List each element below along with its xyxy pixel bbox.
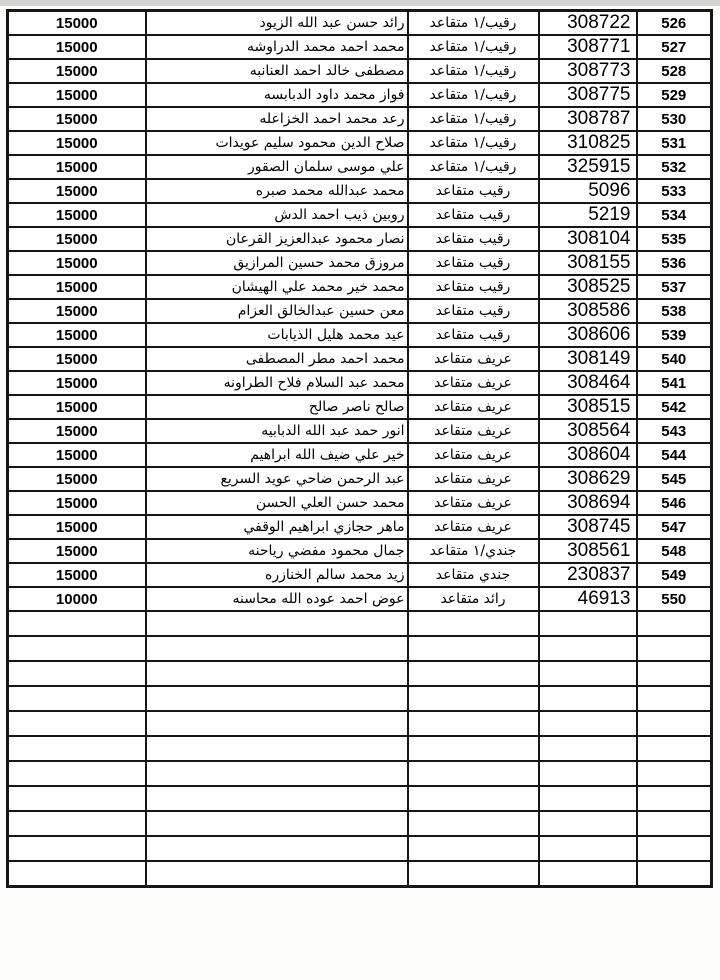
cell-rank: رقيب/١ متقاعد	[408, 11, 539, 36]
cell-rank: رقيب متقاعد	[408, 323, 539, 347]
cell-name: محمد احمد مطر المصطفى	[146, 347, 408, 371]
cell-amount-empty	[8, 661, 146, 686]
cell-row-number-empty	[637, 661, 712, 686]
cell-military-number: 308155	[539, 251, 637, 275]
cell-row-number: 530	[637, 107, 712, 131]
cell-row-number: 540	[637, 347, 712, 371]
cell-rank: عريف متقاعد	[408, 443, 539, 467]
cell-name: نصار محمود عبدالعزيز القرعان	[146, 227, 408, 251]
cell-rank: رقيب متقاعد	[408, 227, 539, 251]
cell-name: انور حمد عبد الله الدبابيه	[146, 419, 408, 443]
cell-row-number-empty	[637, 736, 712, 761]
cell-name-empty	[146, 611, 408, 636]
table-row: 538308586رقيب متقاعدمعن حسين عبدالخالق ا…	[8, 299, 712, 323]
cell-name: خير علي ضيف الله ابراهيم	[146, 443, 408, 467]
cell-military-number: 308771	[539, 35, 637, 59]
cell-military-number: 308604	[539, 443, 637, 467]
cell-military-number-empty	[539, 861, 637, 887]
cell-military-number: 308606	[539, 323, 637, 347]
table-row: 528308773رقيب/١ متقاعدمصطفى خالد احمد ال…	[8, 59, 712, 83]
cell-amount-empty	[8, 786, 146, 811]
cell-amount: 15000	[8, 347, 146, 371]
cell-amount: 15000	[8, 491, 146, 515]
cell-name: عبد الرحمن ضاحي عويد السريع	[146, 467, 408, 491]
table-row: 531310825رقيب/١ متقاعدصلاح الدين محمود س…	[8, 131, 712, 155]
cell-name: محمد احمد محمد الدراوشه	[146, 35, 408, 59]
cell-name: علي موسى سلمان الصقور	[146, 155, 408, 179]
cell-amount-empty	[8, 636, 146, 661]
cell-row-number: 535	[637, 227, 712, 251]
cell-rank-empty	[408, 761, 539, 786]
cell-military-number: 310825	[539, 131, 637, 155]
cell-row-number: 544	[637, 443, 712, 467]
cell-row-number: 550	[637, 587, 712, 611]
table-row: 545308629عريف متقاعدعبد الرحمن ضاحي عويد…	[8, 467, 712, 491]
cell-military-number: 5219	[539, 203, 637, 227]
cell-row-number: 546	[637, 491, 712, 515]
table-row: 5335096رقيب متقاعدمحمد عبدالله محمد صبره…	[8, 179, 712, 203]
cell-amount: 15000	[8, 131, 146, 155]
cell-name-empty	[146, 861, 408, 887]
table-row: 549230837جندي متقاعدزيد محمد سالم الخناز…	[8, 563, 712, 587]
cell-row-number-empty	[637, 861, 712, 887]
cell-row-number-empty	[637, 761, 712, 786]
cell-military-number: 308629	[539, 467, 637, 491]
empty-table-row	[8, 611, 712, 636]
cell-name-empty	[146, 761, 408, 786]
cell-amount: 15000	[8, 299, 146, 323]
cell-amount: 15000	[8, 35, 146, 59]
empty-table-row	[8, 711, 712, 736]
empty-table-row	[8, 661, 712, 686]
cell-rank: رقيب/١ متقاعد	[408, 59, 539, 83]
cell-rank-empty	[408, 711, 539, 736]
cell-name-empty	[146, 811, 408, 836]
cell-military-number: 308586	[539, 299, 637, 323]
table-row: 539308606رقيب متقاعدعيد محمد هليل الذياب…	[8, 323, 712, 347]
table-row: 544308604عريف متقاعدخير علي ضيف الله ابر…	[8, 443, 712, 467]
cell-row-number-empty	[637, 686, 712, 711]
cell-name: محمد عبد السلام فلاح الطراونه	[146, 371, 408, 395]
cell-row-number: 532	[637, 155, 712, 179]
cell-military-number: 308775	[539, 83, 637, 107]
table-row: 536308155رقيب متقاعدمروزق محمد حسين المر…	[8, 251, 712, 275]
cell-row-number-empty	[637, 836, 712, 861]
cell-rank: عريف متقاعد	[408, 467, 539, 491]
cell-amount: 15000	[8, 515, 146, 539]
empty-table-row	[8, 736, 712, 761]
cell-military-number-empty	[539, 636, 637, 661]
cell-rank: عريف متقاعد	[408, 515, 539, 539]
cell-name: زيد محمد سالم الخنازره	[146, 563, 408, 587]
cell-name-empty	[146, 736, 408, 761]
empty-table-row	[8, 636, 712, 661]
cell-military-number: 5096	[539, 179, 637, 203]
cell-name: رائد حسن عبد الله الزيود	[146, 11, 408, 36]
cell-rank: عريف متقاعد	[408, 347, 539, 371]
cell-military-number: 308694	[539, 491, 637, 515]
cell-rank-empty	[408, 836, 539, 861]
cell-name-empty	[146, 636, 408, 661]
cell-row-number: 538	[637, 299, 712, 323]
cell-military-number-empty	[539, 611, 637, 636]
cell-row-number-empty	[637, 811, 712, 836]
cell-name: مصطفى خالد احمد العنانبه	[146, 59, 408, 83]
table-row: 543308564عريف متقاعدانور حمد عبد الله ال…	[8, 419, 712, 443]
cell-military-number: 308773	[539, 59, 637, 83]
cell-amount: 15000	[8, 59, 146, 83]
cell-amount: 15000	[8, 251, 146, 275]
cell-rank: رقيب/١ متقاعد	[408, 83, 539, 107]
cell-rank: رقيب متقاعد	[408, 299, 539, 323]
cell-military-number-empty	[539, 761, 637, 786]
cell-military-number: 308787	[539, 107, 637, 131]
cell-rank-empty	[408, 811, 539, 836]
cell-rank: رقيب/١ متقاعد	[408, 131, 539, 155]
cell-amount: 15000	[8, 11, 146, 36]
empty-table-row	[8, 686, 712, 711]
cell-rank: عريف متقاعد	[408, 371, 539, 395]
cell-rank-empty	[408, 686, 539, 711]
cell-military-number-empty	[539, 736, 637, 761]
cell-amount: 10000	[8, 587, 146, 611]
table-row: 530308787رقيب/١ متقاعدرعد محمد احمد الخز…	[8, 107, 712, 131]
cell-military-number-empty	[539, 786, 637, 811]
cell-rank-empty	[408, 611, 539, 636]
cell-name: عوض احمد عوده الله محاسنه	[146, 587, 408, 611]
table-row: 535308104رقيب متقاعدنصار محمود عبدالعزيز…	[8, 227, 712, 251]
cell-amount-empty	[8, 836, 146, 861]
cell-name: محمد عبدالله محمد صبره	[146, 179, 408, 203]
cell-row-number: 548	[637, 539, 712, 563]
cell-row-number: 536	[637, 251, 712, 275]
cell-amount: 15000	[8, 419, 146, 443]
cell-rank: جندي/١ متقاعد	[408, 539, 539, 563]
cell-military-number: 308561	[539, 539, 637, 563]
cell-amount: 15000	[8, 83, 146, 107]
cell-name: صالح ناصر صالح	[146, 395, 408, 419]
cell-rank: رقيب متقاعد	[408, 179, 539, 203]
cell-name: محمد خير محمد علي الهيشان	[146, 275, 408, 299]
cell-military-number-empty	[539, 686, 637, 711]
cell-amount: 15000	[8, 323, 146, 347]
cell-row-number: 542	[637, 395, 712, 419]
cell-rank: رقيب متقاعد	[408, 275, 539, 299]
cell-rank-empty	[408, 636, 539, 661]
cell-name: عيد محمد هليل الذيابات	[146, 323, 408, 347]
cell-amount: 15000	[8, 443, 146, 467]
empty-table-row	[8, 836, 712, 861]
cell-amount-empty	[8, 736, 146, 761]
table-row: 5345219رقيب متقاعدروبين ذيب احمد الدش150…	[8, 203, 712, 227]
scan-edge-strip	[0, 0, 720, 6]
cell-military-number: 308525	[539, 275, 637, 299]
cell-name: ماهر حجازي ابراهيم الوقفي	[146, 515, 408, 539]
table-row: 546308694عريف متقاعدمحمد حسن العلي الحسن…	[8, 491, 712, 515]
cell-rank: رقيب/١ متقاعد	[408, 155, 539, 179]
cell-name-empty	[146, 686, 408, 711]
cell-amount: 15000	[8, 467, 146, 491]
cell-row-number: 541	[637, 371, 712, 395]
table-row: 532325915رقيب/١ متقاعدعلي موسى سلمان الص…	[8, 155, 712, 179]
table-row: 548308561جندي/١ متقاعدجمال محمود مفضي ري…	[8, 539, 712, 563]
cell-rank: جندي متقاعد	[408, 563, 539, 587]
cell-amount: 15000	[8, 395, 146, 419]
table-row: 55046913رائد متقاعدعوض احمد عوده الله مح…	[8, 587, 712, 611]
cell-amount: 15000	[8, 539, 146, 563]
cell-name: صلاح الدين محمود سليم عويدات	[146, 131, 408, 155]
cell-rank: رقيب/١ متقاعد	[408, 107, 539, 131]
cell-rank-empty	[408, 861, 539, 887]
cell-rank: عريف متقاعد	[408, 419, 539, 443]
cell-amount: 15000	[8, 371, 146, 395]
table-row: 526308722رقيب/١ متقاعدرائد حسن عبد الله …	[8, 11, 712, 36]
cell-amount-empty	[8, 686, 146, 711]
cell-rank: رقيب متقاعد	[408, 251, 539, 275]
cell-name: فواز محمد داود الدبابسه	[146, 83, 408, 107]
table-row: 540308149عريف متقاعدمحمد احمد مطر المصطف…	[8, 347, 712, 371]
empty-table-row	[8, 761, 712, 786]
cell-row-number: 534	[637, 203, 712, 227]
cell-row-number: 547	[637, 515, 712, 539]
table-body: 526308722رقيب/١ متقاعدرائد حسن عبد الله …	[8, 11, 712, 887]
cell-rank: رقيب متقاعد	[408, 203, 539, 227]
cell-row-number: 526	[637, 11, 712, 36]
cell-name: مروزق محمد حسين المرازيق	[146, 251, 408, 275]
table-row: 527308771رقيب/١ متقاعدمحمد احمد محمد الد…	[8, 35, 712, 59]
cell-row-number-empty	[637, 611, 712, 636]
cell-rank: رقيب/١ متقاعد	[408, 35, 539, 59]
cell-name: جمال محمود مفضي رياحنه	[146, 539, 408, 563]
cell-name-empty	[146, 661, 408, 686]
cell-name: رعد محمد احمد الخزاعله	[146, 107, 408, 131]
table-row: 547308745عريف متقاعدماهر حجازي ابراهيم ا…	[8, 515, 712, 539]
cell-military-number: 230837	[539, 563, 637, 587]
cell-amount: 15000	[8, 203, 146, 227]
cell-military-number-empty	[539, 711, 637, 736]
cell-row-number: 533	[637, 179, 712, 203]
cell-rank: عريف متقاعد	[408, 395, 539, 419]
table-row: 541308464عريف متقاعدمحمد عبد السلام فلاح…	[8, 371, 712, 395]
cell-military-number: 308745	[539, 515, 637, 539]
table-row: 537308525رقيب متقاعدمحمد خير محمد علي ال…	[8, 275, 712, 299]
cell-name: محمد حسن العلي الحسن	[146, 491, 408, 515]
pension-roster-table: 526308722رقيب/١ متقاعدرائد حسن عبد الله …	[6, 9, 713, 888]
cell-row-number: 539	[637, 323, 712, 347]
cell-amount-empty	[8, 611, 146, 636]
cell-military-number: 308564	[539, 419, 637, 443]
cell-amount: 15000	[8, 179, 146, 203]
cell-amount: 15000	[8, 227, 146, 251]
cell-amount-empty	[8, 811, 146, 836]
cell-row-number: 529	[637, 83, 712, 107]
cell-name: معن حسين عبدالخالق العزام	[146, 299, 408, 323]
cell-military-number: 308722	[539, 11, 637, 36]
cell-military-number: 308464	[539, 371, 637, 395]
cell-row-number: 543	[637, 419, 712, 443]
cell-row-number-empty	[637, 711, 712, 736]
empty-table-row	[8, 861, 712, 887]
cell-military-number-empty	[539, 811, 637, 836]
cell-row-number: 531	[637, 131, 712, 155]
cell-military-number-empty	[539, 661, 637, 686]
cell-rank: عريف متقاعد	[408, 491, 539, 515]
table-row: 529308775رقيب/١ متقاعدفواز محمد داود الد…	[8, 83, 712, 107]
cell-amount-empty	[8, 711, 146, 736]
table-row: 542308515عريف متقاعدصالح ناصر صالح15000	[8, 395, 712, 419]
cell-military-number: 308515	[539, 395, 637, 419]
cell-military-number: 325915	[539, 155, 637, 179]
cell-name-empty	[146, 711, 408, 736]
cell-amount-empty	[8, 761, 146, 786]
cell-name: روبين ذيب احمد الدش	[146, 203, 408, 227]
cell-name-empty	[146, 836, 408, 861]
cell-amount-empty	[8, 861, 146, 887]
cell-row-number: 545	[637, 467, 712, 491]
cell-rank-empty	[408, 736, 539, 761]
cell-row-number: 549	[637, 563, 712, 587]
cell-row-number-empty	[637, 786, 712, 811]
cell-amount: 15000	[8, 275, 146, 299]
empty-table-row	[8, 786, 712, 811]
cell-name-empty	[146, 786, 408, 811]
cell-amount: 15000	[8, 155, 146, 179]
cell-rank-empty	[408, 786, 539, 811]
empty-table-row	[8, 811, 712, 836]
cell-amount: 15000	[8, 563, 146, 587]
cell-rank: رائد متقاعد	[408, 587, 539, 611]
cell-row-number: 537	[637, 275, 712, 299]
cell-military-number: 308104	[539, 227, 637, 251]
cell-amount: 15000	[8, 107, 146, 131]
cell-military-number: 46913	[539, 587, 637, 611]
cell-row-number: 528	[637, 59, 712, 83]
cell-row-number: 527	[637, 35, 712, 59]
cell-row-number-empty	[637, 636, 712, 661]
cell-military-number-empty	[539, 836, 637, 861]
cell-rank-empty	[408, 661, 539, 686]
cell-military-number: 308149	[539, 347, 637, 371]
